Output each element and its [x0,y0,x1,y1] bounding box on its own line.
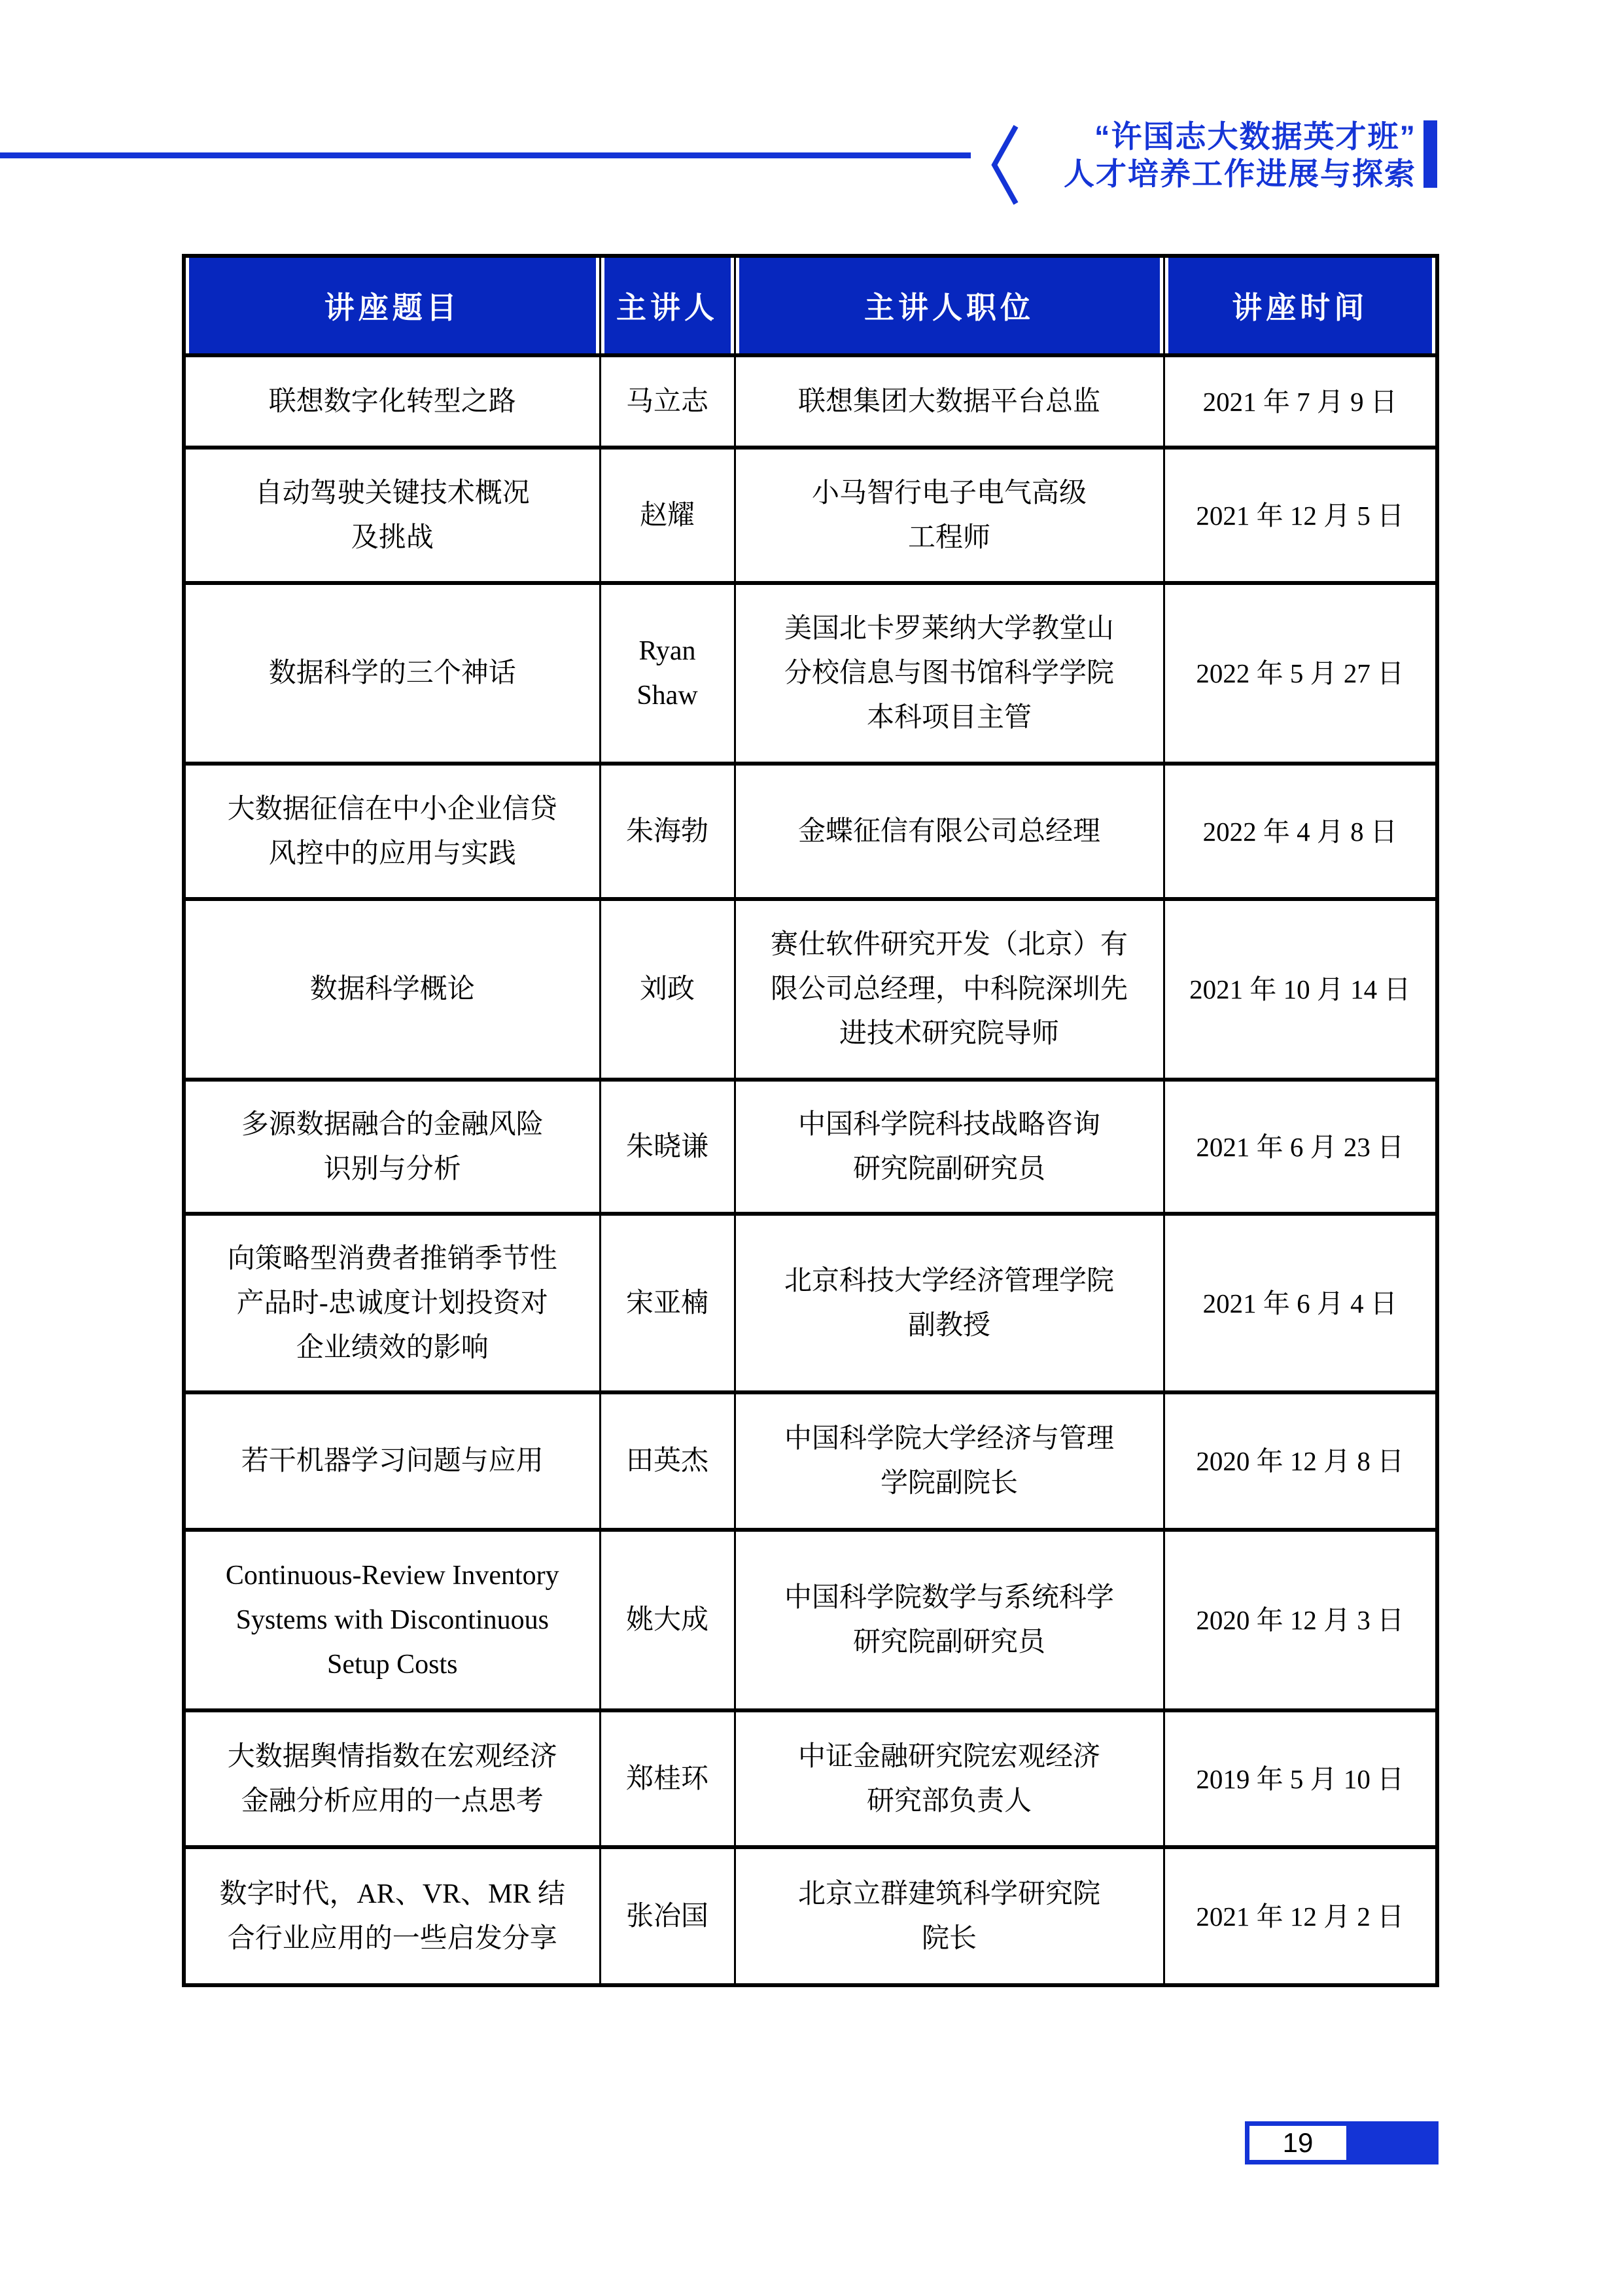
lecture-date-cell: 2021 年 6 月 4 日 [1164,1214,1437,1392]
lecture-title-cell: 自动驾驶关键技术概况 及挑战 [184,448,600,583]
speaker-position-cell: 美国北卡罗莱纳大学教堂山 分校信息与图书馆科学学院 本科项目主管 [735,583,1164,764]
lecture-date-cell: 2022 年 4 月 8 日 [1164,764,1437,899]
table-row: 数字时代，AR、VR、MR 结 合行业应用的一些启发分享 张冶国 北京立群建筑科… [184,1847,1437,1985]
speaker-cell: 赵耀 [600,448,735,583]
header-title-line1: “许国志大数据英才班” [1064,118,1416,155]
speaker-cell: 宋亚楠 [600,1214,735,1392]
table-row: 数据科学概论 刘政 赛仕软件研究开发（北京）有 限公司总经理，中科院深圳先 进技… [184,899,1437,1080]
report-header: “许国志大数据英才班” 人才培养工作进展与探索 [1064,118,1416,192]
header-title-line2: 人才培养工作进展与探索 [1064,155,1416,192]
lecture-title-cell: 数据科学概论 [184,899,600,1080]
page: “许国志大数据英才班” 人才培养工作进展与探索 讲座题目 主讲人 主讲人职位 讲… [0,0,1623,2296]
table-row: 数据科学的三个神话 Ryan Shaw 美国北卡罗莱纳大学教堂山 分校信息与图书… [184,583,1437,764]
speaker-position-cell: 中证金融研究院宏观经济 研究部负责人 [735,1710,1164,1847]
speaker-cell: 刘政 [600,899,735,1080]
table-row: 向策略型消费者推销季节性 产品时-忠诚度计划投资对 企业绩效的影响 宋亚楠 北京… [184,1214,1437,1392]
lecture-table: 讲座题目 主讲人 主讲人职位 讲座时间 联想数字化转型之路 马立志 联想集团大数… [182,254,1439,1987]
table-body: 联想数字化转型之路 马立志 联想集团大数据平台总监 2021 年 7 月 9 日… [184,355,1437,1985]
lecture-date-cell: 2019 年 5 月 10 日 [1164,1710,1437,1847]
speaker-position-cell: 赛仕软件研究开发（北京）有 限公司总经理，中科院深圳先 进技术研究院导师 [735,899,1164,1080]
table-row: 多源数据融合的金融风险 识别与分析 朱晓谦 中国科学院科技战略咨询 研究院副研究… [184,1080,1437,1214]
lecture-date-cell: 2020 年 12 月 3 日 [1164,1530,1437,1710]
lecture-title-cell: 大数据舆情指数在宏观经济 金融分析应用的一点思考 [184,1710,600,1847]
page-number-box: 19 [1245,2121,1439,2164]
speaker-cell: 田英杰 [600,1392,735,1530]
table-row: 自动驾驶关键技术概况 及挑战 赵耀 小马智行电子电气高级 工程师 2021 年 … [184,448,1437,583]
speaker-position-cell: 北京立群建筑科学研究院 院长 [735,1847,1164,1985]
table-row: 大数据舆情指数在宏观经济 金融分析应用的一点思考 郑桂环 中证金融研究院宏观经济… [184,1710,1437,1847]
column-header-speaker-position: 主讲人职位 [735,256,1164,355]
header-chevron-icon [989,123,1019,207]
lecture-date-cell: 2020 年 12 月 8 日 [1164,1392,1437,1530]
lecture-date-cell: 2021 年 7 月 9 日 [1164,355,1437,448]
lecture-date-cell: 2021 年 12 月 5 日 [1164,448,1437,583]
speaker-cell: Ryan Shaw [600,583,735,764]
column-header-lecture-time: 讲座时间 [1164,256,1437,355]
speaker-position-cell: 北京科技大学经济管理学院 副教授 [735,1214,1164,1392]
lecture-title-cell: 多源数据融合的金融风险 识别与分析 [184,1080,600,1214]
lecture-date-cell: 2021 年 12 月 2 日 [1164,1847,1437,1985]
speaker-position-cell: 中国科学院大学经济与管理 学院副院长 [735,1392,1164,1530]
table-row: 大数据征信在中小企业信贷 风控中的应用与实践 朱海勃 金蝶征信有限公司总经理 2… [184,764,1437,899]
lecture-title-cell: 若干机器学习问题与应用 [184,1392,600,1530]
speaker-cell: 朱海勃 [600,764,735,899]
table-row: Continuous-Review Inventory Systems with… [184,1530,1437,1710]
table-row: 若干机器学习问题与应用 田英杰 中国科学院大学经济与管理 学院副院长 2020 … [184,1392,1437,1530]
speaker-cell: 姚大成 [600,1530,735,1710]
lecture-title-cell: 数字时代，AR、VR、MR 结 合行业应用的一些启发分享 [184,1847,600,1985]
lecture-title-cell: 向策略型消费者推销季节性 产品时-忠诚度计划投资对 企业绩效的影响 [184,1214,600,1392]
lecture-date-cell: 2021 年 10 月 14 日 [1164,899,1437,1080]
page-number: 19 [1249,2126,1346,2160]
lecture-title-cell: Continuous-Review Inventory Systems with… [184,1530,600,1710]
column-header-lecture-title: 讲座题目 [184,256,600,355]
lecture-date-cell: 2022 年 5 月 27 日 [1164,583,1437,764]
lecture-date-cell: 2021 年 6 月 23 日 [1164,1080,1437,1214]
speaker-position-cell: 联想集团大数据平台总监 [735,355,1164,448]
speaker-cell: 朱晓谦 [600,1080,735,1214]
table-header-row: 讲座题目 主讲人 主讲人职位 讲座时间 [184,256,1437,355]
speaker-position-cell: 中国科学院数学与系统科学 研究院副研究员 [735,1530,1164,1710]
header-accent-bar [1423,120,1437,188]
speaker-position-cell: 中国科学院科技战略咨询 研究院副研究员 [735,1080,1164,1214]
lecture-title-cell: 联想数字化转型之路 [184,355,600,448]
speaker-position-cell: 小马智行电子电气高级 工程师 [735,448,1164,583]
speaker-cell: 张冶国 [600,1847,735,1985]
column-header-speaker: 主讲人 [600,256,735,355]
lecture-title-cell: 大数据征信在中小企业信贷 风控中的应用与实践 [184,764,600,899]
speaker-cell: 郑桂环 [600,1710,735,1847]
speaker-cell: 马立志 [600,355,735,448]
header-rule [0,152,971,158]
table-row: 联想数字化转型之路 马立志 联想集团大数据平台总监 2021 年 7 月 9 日 [184,355,1437,448]
lecture-title-cell: 数据科学的三个神话 [184,583,600,764]
speaker-position-cell: 金蝶征信有限公司总经理 [735,764,1164,899]
